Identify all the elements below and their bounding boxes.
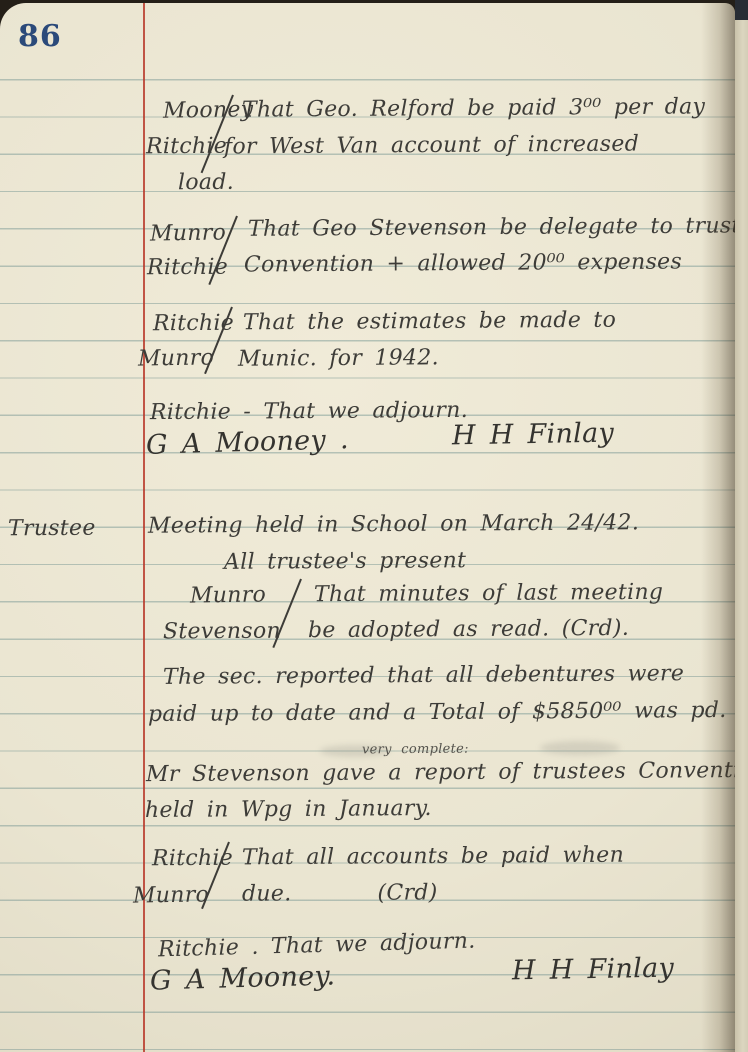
motion-text-line: due. (Crd): [242, 882, 438, 905]
motion-text-line: That Geo Stevenson be delegate to truste…: [248, 215, 748, 241]
meeting-heading: Meeting held in School on March 24/42.: [148, 512, 639, 537]
report-line: held in Wpg in January.: [145, 798, 432, 822]
adjacent-page-edge: [735, 0, 748, 1052]
interlined-insertion: very complete:: [362, 743, 469, 757]
seconder-name: Stevenson: [163, 621, 281, 644]
signature-finlay: H H Finlay: [512, 955, 674, 985]
report-line: paid up to date and a Total of $5850⁰⁰ w…: [148, 700, 727, 726]
seconder-name: Munro: [133, 884, 210, 907]
motion-text-line: That the estimates be made to: [243, 310, 616, 335]
report-line: The sec. reported that all debentures we…: [163, 663, 684, 689]
margin-label-trustee: Trustee: [8, 518, 96, 541]
motion-text-line: for West Van account of increased: [224, 134, 639, 159]
motion-text-line: Convention + allowed 20⁰⁰ expenses: [244, 251, 682, 276]
minute-book-photo: 86 Mooney Ritchie That Geo. Relford be p…: [0, 0, 748, 1052]
motion-text-line: That Geo. Relford be paid 3⁰⁰ per day: [242, 96, 705, 121]
signature-mooney: G A Mooney.: [150, 962, 336, 994]
signature-mooney: G A Mooney .: [146, 426, 349, 459]
mover-name: Munro: [190, 584, 267, 607]
adjournment-line: Ritchie - That we adjourn.: [150, 400, 468, 424]
report-line: Mr Stevenson gave a report of trustees C…: [146, 760, 748, 786]
signature-finlay: H H Finlay: [452, 420, 614, 450]
seconder-name: Munro: [138, 347, 215, 370]
motion-text-line: That all accounts be paid when: [242, 845, 624, 870]
motion-text-line: load.: [178, 172, 234, 194]
motion-text-line: be adopted as read. (Crd).: [308, 618, 629, 642]
page-number: 86: [18, 19, 62, 54]
mover-name: Mooney: [163, 99, 254, 123]
motion-text-line: That minutes of last meeting: [314, 582, 663, 606]
ledger-page: 86 Mooney Ritchie That Geo. Relford be p…: [0, 3, 735, 1052]
motion-text-line: Munic. for 1942.: [238, 347, 439, 370]
attendance-line: All trustee's present: [224, 550, 466, 574]
book-cover-corner: [735, 0, 748, 20]
smudge: [540, 741, 620, 755]
page-gutter-shadow: [701, 3, 735, 1052]
mover-name: Munro: [150, 222, 227, 245]
